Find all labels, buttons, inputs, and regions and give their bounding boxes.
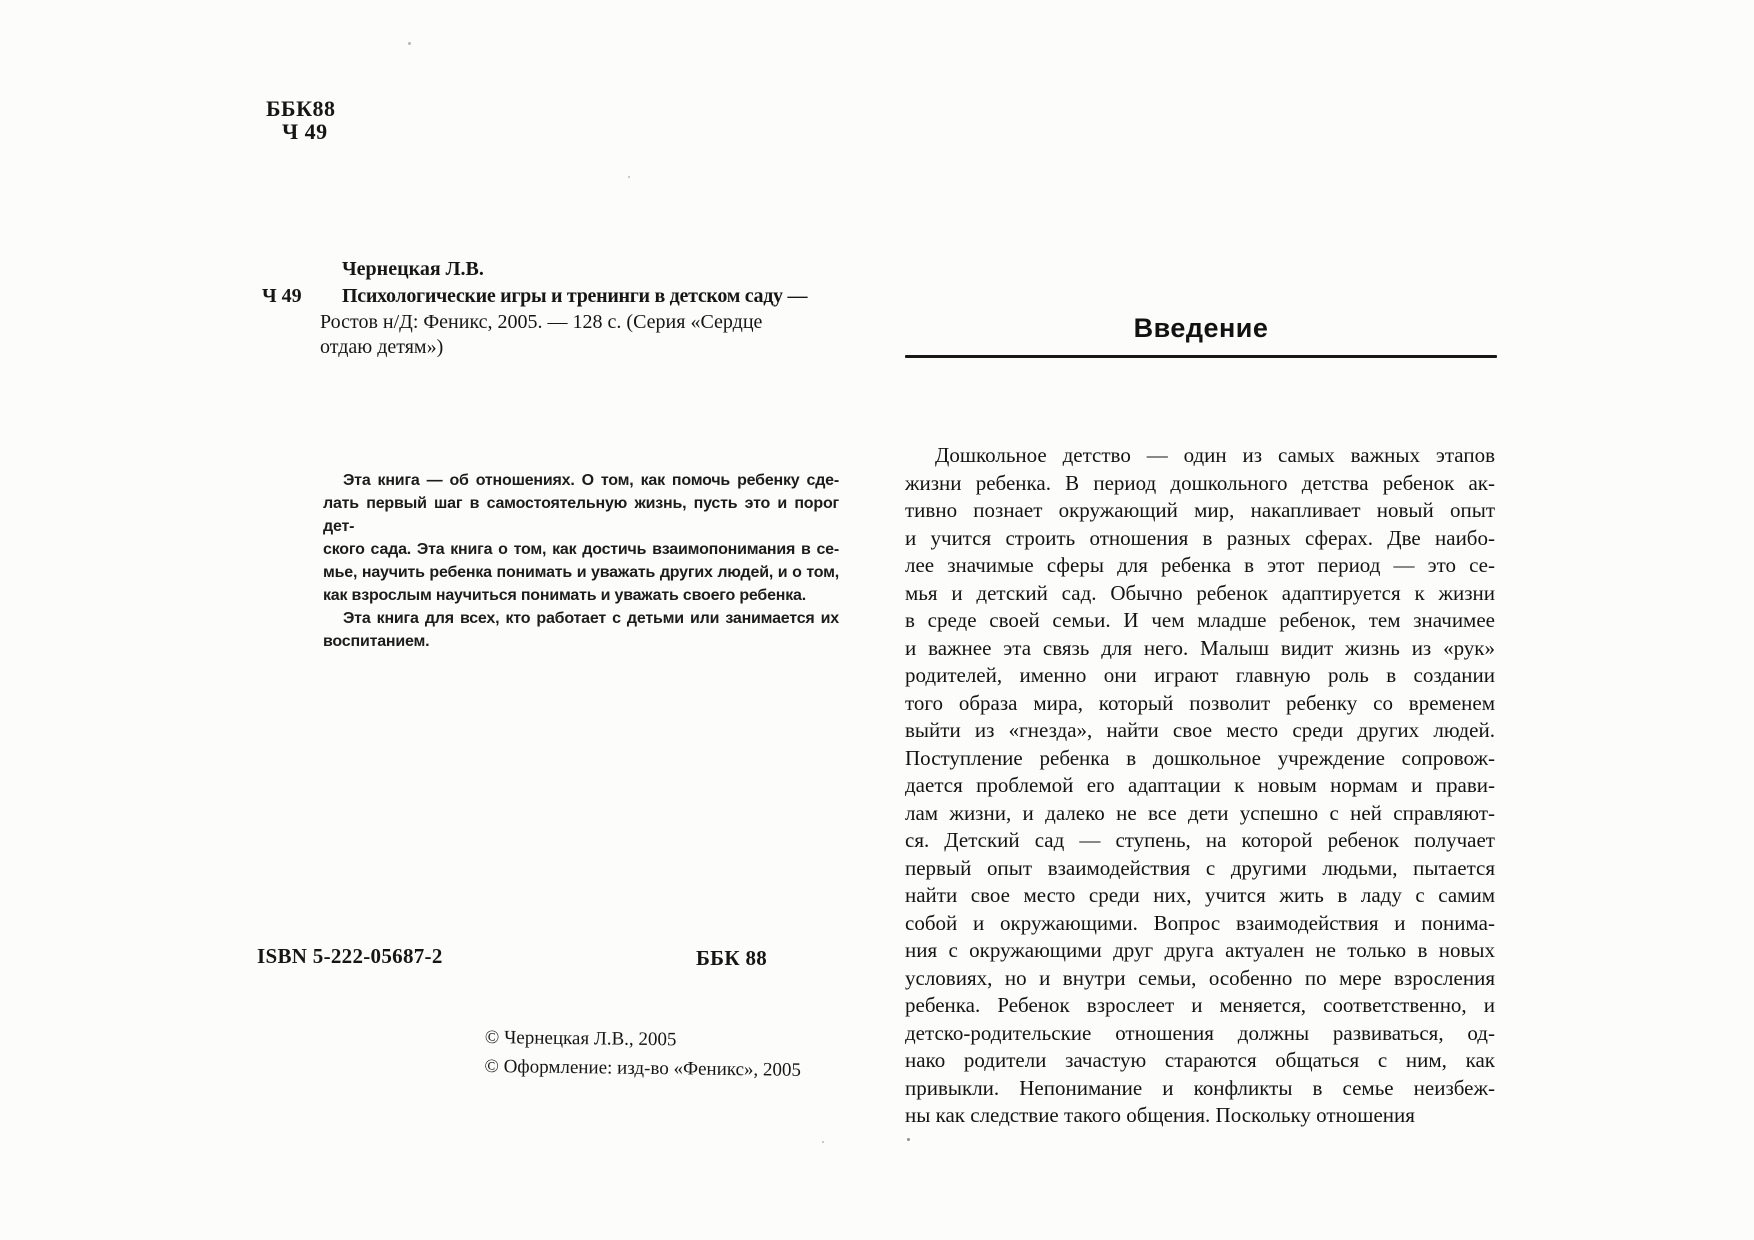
scan-speck [822, 1141, 824, 1143]
isbn-number: ISBN 5-222-05687-2 [257, 944, 443, 969]
catalog-card-title: Психологические игры и тренинги в детско… [342, 284, 807, 308]
copyright-block: © Чернецкая Л.В., 2005© Оформление: изд-… [484, 1023, 801, 1085]
catalog-card-index: Ч 49 [262, 284, 302, 308]
bbk-classification-code: ББК88Ч 49 [266, 97, 336, 143]
scan-speck [907, 1138, 910, 1141]
scan-speck [628, 176, 630, 178]
catalog-card-author: Чернецкая Л.В. [342, 257, 484, 281]
catalog-card-series-line: отдаю детям») [320, 335, 443, 359]
catalog-card-imprint-line: Ростов н/Д: Феникс, 2005. — 128 с. (Сери… [320, 310, 762, 334]
introduction-text: Дошкольное детство — один из самых важны… [905, 442, 1495, 1130]
bbk-reference: ББК 88 [696, 946, 767, 971]
catalog-card: Чернецкая Л.В. Ч 49 Психологические игры… [262, 257, 807, 365]
chapter-title: Введение [905, 313, 1497, 344]
chapter-title-rule [905, 355, 1497, 358]
scan-speck [408, 42, 411, 45]
book-annotation: Эта книга — об отношениях. О том, как по… [323, 469, 839, 653]
book-spread-scan: ББК88Ч 49 Чернецкая Л.В. Ч 49 Психологич… [0, 0, 1754, 1240]
